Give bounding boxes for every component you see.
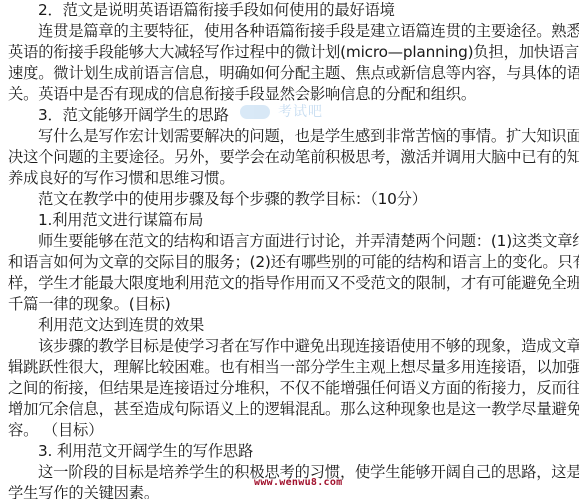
paragraph-line: 该步骤的教学目标是使学习者在写作中避免出现连接语使用不够的现象，造成文章的逻 — [8, 336, 574, 357]
watermark-logo-text: 考试吧 — [278, 104, 323, 120]
paragraph-line: 写什么是写作宏计划需要解决的问题，也是学生感到非常苦恼的事情。扩大知识面是解 — [8, 126, 574, 147]
paragraph-line: 增加冗余信息，甚至造成句际语义上的逻辑混乱。那么这种现象也是这一教学尽量避免的内 — [8, 399, 574, 420]
section-heading: 3. 利用范文开阔学生的写作思路 — [8, 441, 574, 462]
section-heading: 2．范文是说明英语语篇衔接手段如何使用的最好语境 — [8, 0, 574, 21]
paragraph-line: 养成良好的写作习惯和思维习惯。 — [8, 168, 574, 189]
document-body: 2．范文是说明英语语篇衔接手段如何使用的最好语境 连贯是篇章的主要特征，使用各种… — [8, 0, 574, 499]
paragraph-line: 之间的衔接，但结果是连接语过分堆积，不仅不能增强任何语义方面的衔接力，反而往往会 — [8, 378, 574, 399]
watermark-url: www.wenwu8.com — [254, 477, 343, 488]
paragraph-line: 连贯是篇章的主要特征，使用各种语篇衔接手段是建立语篇连贯的主要途径。熟悉这些 — [8, 21, 574, 42]
paragraph-line: 和语言如何为文章的交际目的服务；(2)还有哪些别的可能的结构和语言上的变化。只有… — [8, 252, 574, 273]
section-heading: 1.利用范文进行谋篇布局 — [8, 210, 574, 231]
section-heading: 利用范文达到连贯的效果 — [8, 315, 574, 336]
watermark-logo: 考试吧 — [240, 101, 340, 121]
paragraph-line: 决这个问题的主要途径。另外，要学会在动笔前积极思考，激活并调用大脑中已有的知识， — [8, 147, 574, 168]
paragraph-line: 英语的衔接手段能够大大减轻写作过程中的微计划(micro—planning)负担… — [8, 42, 574, 63]
section-heading: 范文在教学中的使用步骤及每个步骤的教学目标：（10分） — [8, 189, 574, 210]
paragraph-line: 样，学生才能最大限度地利用范文的指导作用而又不受范文的限制，才有可能避免全班学生 — [8, 273, 574, 294]
logo-icon — [240, 105, 270, 119]
paragraph-line: 容。 （目标） — [8, 420, 574, 441]
paragraph-line: 速度。微计划生成前语言信息，明确如何分配主题、焦点或新信息等内容，与具体的语言有 — [8, 63, 574, 84]
paragraph-line: 辑跳跃性很大，理解比较困难。也有相当一部分学生主观上想尽量多用连接语，以加强句子 — [8, 357, 574, 378]
paragraph-line: 师生要能够在范文的结构和语言方面进行讨论，并弄清楚两个问题：(1)这类文章结构 — [8, 231, 574, 252]
paragraph-line: 千篇一律的现象。(目标) — [8, 294, 574, 315]
